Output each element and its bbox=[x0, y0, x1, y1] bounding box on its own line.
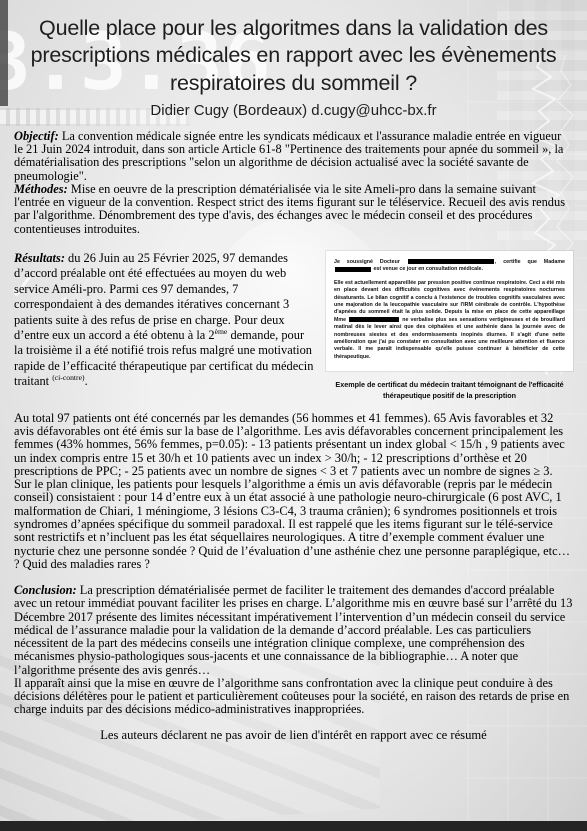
total-paragraph: Au total 97 patients ont été concernés p… bbox=[14, 412, 573, 478]
certificate-text: Je soussigné Docteur bbox=[334, 259, 407, 265]
poster-root: 3.3.36 ✓ ✓ ✕✕✕ Quelle place pour les alg… bbox=[0, 0, 587, 831]
resultats-text: . bbox=[85, 374, 88, 388]
poster-content: Quelle place pour les algoritmes dans la… bbox=[0, 0, 587, 831]
disclosure-statement: Les auteurs déclarent ne pas avoir de li… bbox=[14, 728, 573, 743]
conclusion-paragraph: Conclusion: La prescription dématérialis… bbox=[14, 584, 573, 677]
methodes-text: Mise en oeuvre de la prescription dématé… bbox=[14, 182, 565, 236]
superscript-ci-contre: (ci-contre) bbox=[52, 373, 84, 382]
certificate-text: , certifie que Madame bbox=[495, 259, 565, 265]
objectif-paragraph: Objectif: La convention médicale signée … bbox=[14, 130, 573, 183]
conclusion-second-paragraph: Il apparaît ainsi que la mise en œuvre d… bbox=[14, 677, 573, 717]
resultats-section: Je soussigné Docteur , certifie que Mada… bbox=[14, 251, 573, 404]
resultats-label: Résultats: bbox=[14, 251, 65, 265]
redaction-bar bbox=[335, 267, 371, 272]
certificate-opening-line: Je soussigné Docteur , certifie que Mada… bbox=[334, 259, 565, 274]
conclusion-text: La prescription dématérialisée permet de… bbox=[14, 583, 572, 677]
certificate-text: ne verbalise plus ses sensations vertigi… bbox=[334, 317, 565, 360]
certificate-figure: Je soussigné Docteur , certifie que Mada… bbox=[326, 251, 573, 402]
objectif-label: Objectif: bbox=[14, 129, 59, 143]
redaction-bar bbox=[349, 317, 399, 322]
certificate-image: Je soussigné Docteur , certifie que Mada… bbox=[326, 251, 573, 371]
certificate-body: Elle est actuellement appareillée par pr… bbox=[334, 280, 565, 361]
methodes-label: Méthodes: bbox=[14, 182, 68, 196]
conclusion-label: Conclusion: bbox=[14, 583, 77, 597]
certificate-text: est venue ce jour en consultation médica… bbox=[372, 266, 483, 272]
superscript-eme: ème bbox=[215, 327, 228, 336]
certificate-caption: Exemple de certificat du médecin traitan… bbox=[326, 380, 573, 402]
poster-title: Quelle place pour les algoritmes dans la… bbox=[21, 15, 566, 97]
objectif-text: La convention médicale signée entre les … bbox=[14, 129, 563, 183]
redaction-bar bbox=[408, 259, 494, 264]
author-line: Didier Cugy (Bordeaux) d.cugy@uhcc-bx.fr bbox=[14, 102, 573, 119]
clinique-paragraph: Sur le plan clinique, les patients pour … bbox=[14, 478, 573, 571]
methodes-paragraph: Méthodes: Mise en oeuvre de la prescript… bbox=[14, 183, 573, 236]
